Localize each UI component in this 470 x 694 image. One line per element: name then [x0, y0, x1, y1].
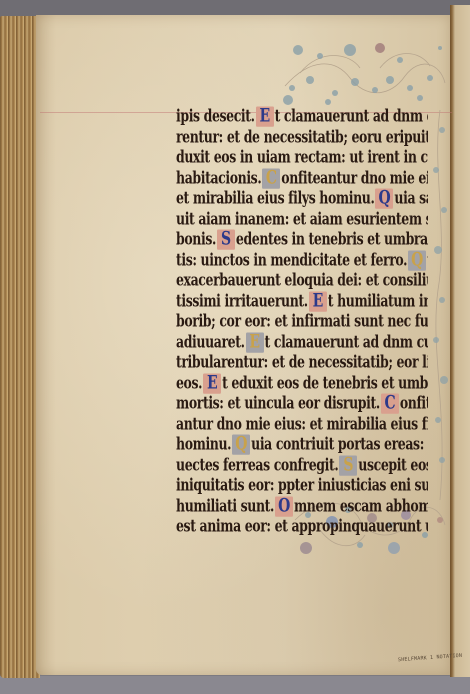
psalm-text-block: ipis desecit.Et clamauerunt ad dnm cu tr… — [176, 106, 428, 537]
photo-backdrop-bottom — [0, 676, 470, 694]
book-gutter — [450, 5, 470, 677]
page-edges-left — [0, 16, 40, 678]
border-foliage-right — [428, 110, 452, 500]
text-line: est anima eor: et appropinquauerunt usq;… — [176, 512, 428, 540]
border-foliage-top — [280, 38, 450, 110]
